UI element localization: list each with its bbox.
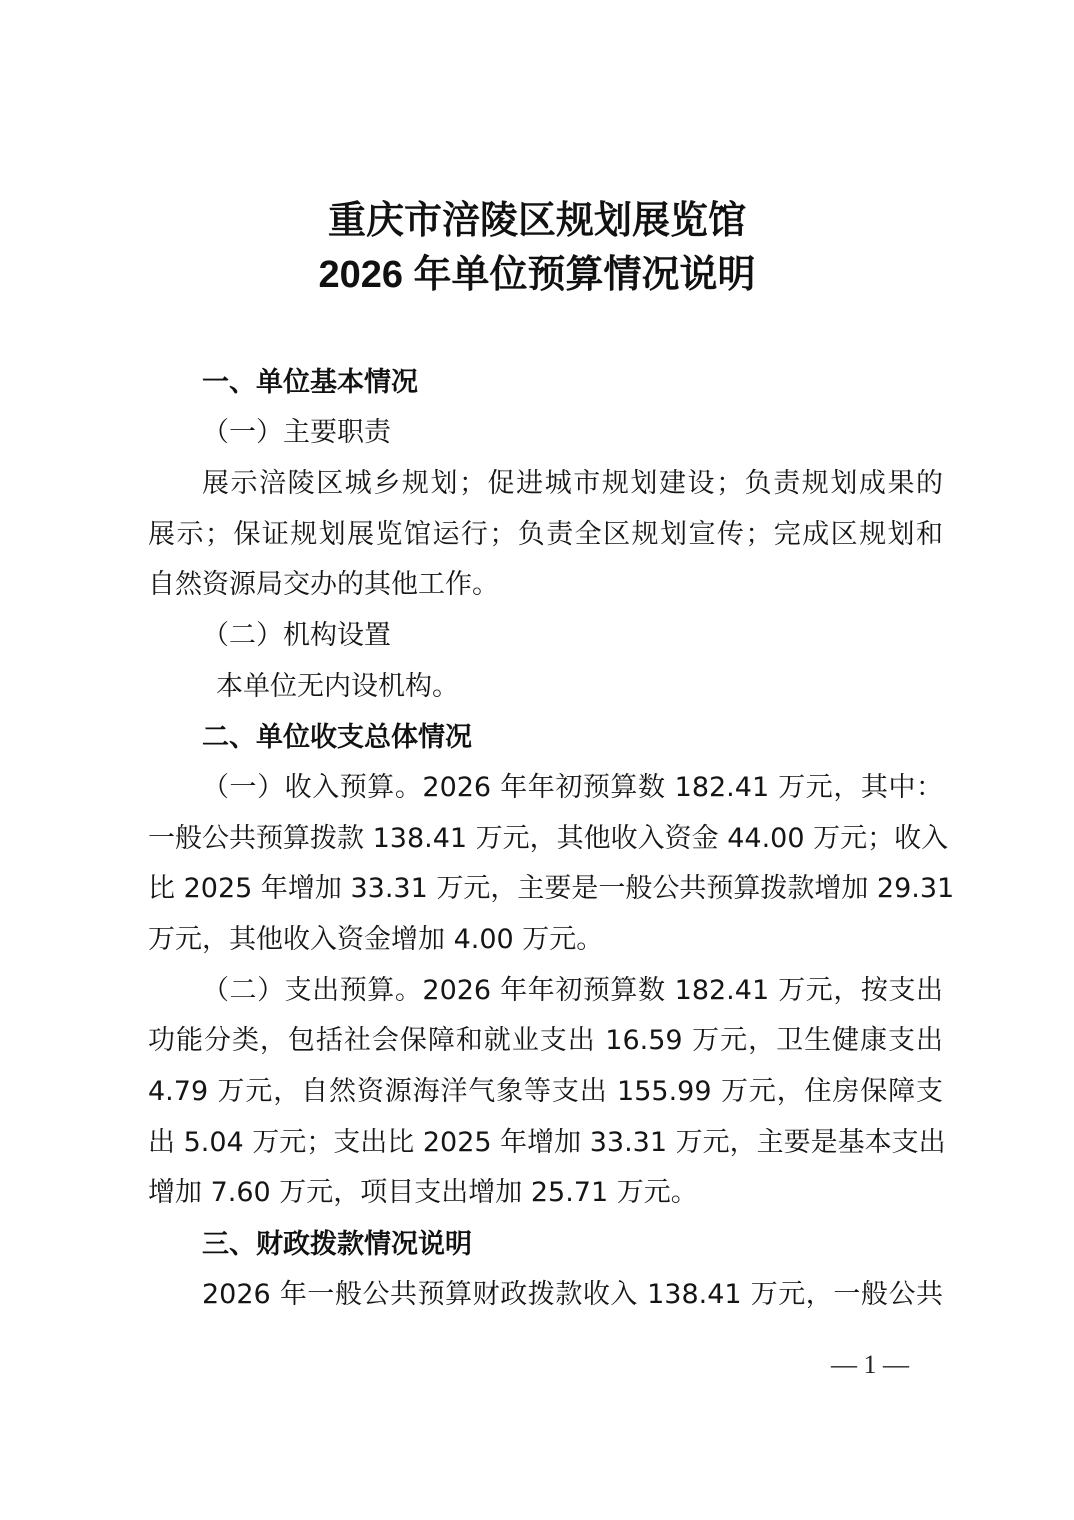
paragraph-line: 本单位无内设机构。 [216, 670, 1011, 704]
paragraph-line: 4.79 万元，自然资源海洋气象等支出 155.99 万元，住房保障支 [148, 1075, 943, 1109]
paragraph-line: 自然资源局交办的其他工作。 [148, 568, 943, 602]
paragraph-line: 展示涪陵区城乡规划；促进城市规划建设；负责规划成果的 [202, 467, 943, 501]
document-title-line1: 重庆市涪陵区规划展览馆 [0, 195, 1074, 245]
paragraph-line: 万元，其他收入资金增加 4.00 万元。 [148, 923, 943, 957]
section1-heading: 一、单位基本情况 [202, 365, 418, 399]
paragraph-line: 出 5.04 万元；支出比 2025 年增加 33.31 万元，主要是基本支出 [148, 1126, 943, 1160]
document-page: 重庆市涪陵区规划展览馆 2026 年单位预算情况说明 一、单位基本情况 （一）主… [0, 0, 1074, 1520]
section3-heading: 三、财政拨款情况说明 [202, 1227, 472, 1261]
section1-sub1-heading: （一）主要职责 [202, 416, 391, 450]
section1-sub2-heading: （二）机构设置 [202, 619, 391, 653]
document-title-line2: 2026 年单位预算情况说明 [0, 250, 1074, 300]
section2-heading: 二、单位收支总体情况 [202, 720, 472, 754]
paragraph-line: 功能分类，包括社会保障和就业支出 16.59 万元，卫生健康支出 [148, 1024, 943, 1058]
paragraph-line: （一）收入预算。2026 年年初预算数 182.41 万元，其中： [202, 771, 943, 805]
page-number: — 1 — [820, 1348, 920, 1382]
paragraph-line: 展示；保证规划展览馆运行；负责全区规划宣传；完成区规划和 [148, 518, 943, 552]
paragraph-line: 2026 年一般公共预算财政拨款收入 138.41 万元，一般公共 [202, 1278, 943, 1312]
paragraph-line: 比 2025 年增加 33.31 万元，主要是一般公共预算拨款增加 29.31 [148, 872, 943, 906]
paragraph-line: 一般公共预算拨款 138.41 万元，其他收入资金 44.00 万元；收入 [148, 822, 943, 856]
paragraph-line: （二）支出预算。2026 年年初预算数 182.41 万元，按支出 [202, 974, 943, 1008]
paragraph-line: 增加 7.60 万元，项目支出增加 25.71 万元。 [148, 1176, 943, 1210]
